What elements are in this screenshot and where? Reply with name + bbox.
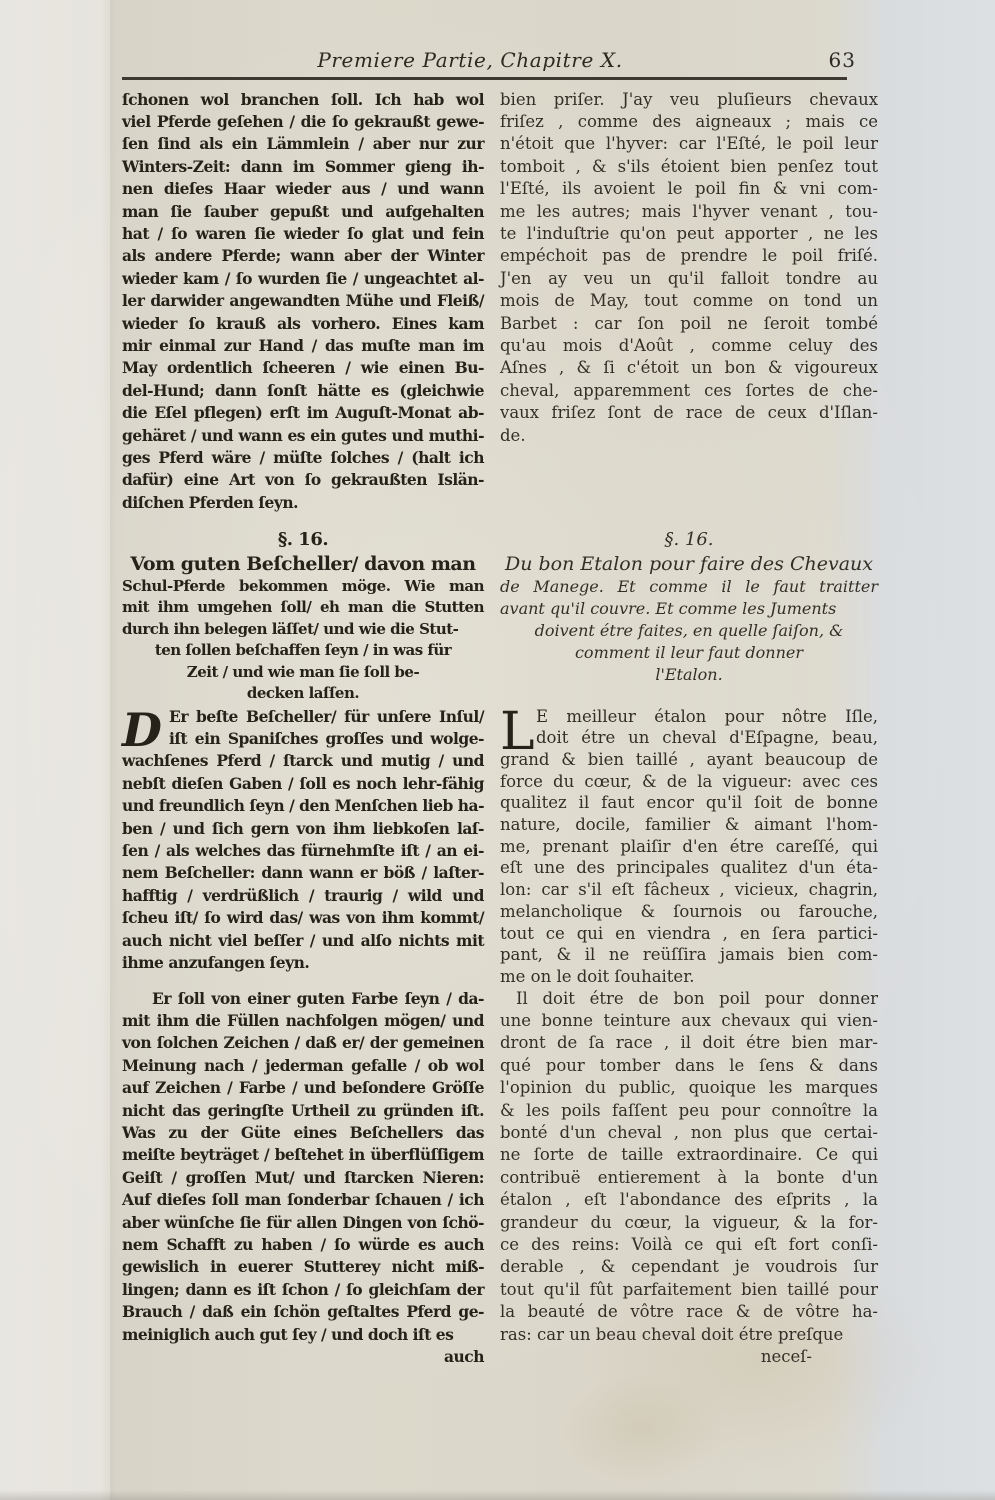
text-line: del-Hund; dann ſonſt hätte es (gleichwie xyxy=(122,380,484,402)
french-paragraph-3: Il doit étre de bon poil pour donnerune … xyxy=(500,988,878,1347)
text-line: friſez , comme des aigneaux ; mais ce xyxy=(500,111,878,133)
text-line: ras: car un beau cheval doit étre preſqu… xyxy=(500,1324,878,1346)
text-line: viel Pferde geſehen / die ſo gekraußt ge… xyxy=(122,111,484,133)
header-rule xyxy=(122,77,847,80)
book-page-photo: Premiere Partie, Chapitre X. 63 ſchonen … xyxy=(0,0,995,1500)
text-line: ce des reins: Voilà ce qui eſt fort conſ… xyxy=(500,1234,878,1256)
text-line: nen dieſes Haar wieder aus / und wann xyxy=(122,178,484,200)
german-section-16: §. 16. Vom guten Beſcheller/ davon man S… xyxy=(122,529,484,706)
text-line: ten ſollen beſchaffen ſeyn / in was für xyxy=(122,640,484,662)
text-line: nebſt dieſen Gaben / ſoll es noch lehr-f… xyxy=(122,773,484,795)
header-title: Premiere Partie, Chapitre X. xyxy=(122,48,878,72)
text-line: hat / ſo waren ſie wieder ſo glat und fe… xyxy=(122,223,484,245)
text-line: nicht das geringſte Urtheil zu gründen i… xyxy=(122,1100,484,1122)
text-line: durch ihn belegen läſſet/ und wie die St… xyxy=(122,619,484,641)
text-line: Zeit / und wie man ſie ſoll be- xyxy=(122,662,484,684)
text-line: Schul-Pferde bekommen möge. Wie man xyxy=(122,576,484,598)
text-line: grand & bien taillé , ayant beaucoup de xyxy=(500,749,878,771)
text-line: Geiſt / groſſen Mut/ und ſtarcken Nieren… xyxy=(122,1167,484,1189)
text-line: qu'au mois d'Août , comme celuy des xyxy=(500,335,878,357)
french-paragraph-1: bien priſer. J'ay veu pluſieurs chevauxf… xyxy=(500,89,878,529)
text-line: aber wünſche ſie für allen Dingen von ſc… xyxy=(122,1212,484,1234)
text-line: Il doit étre de bon poil pour donner xyxy=(500,988,878,1010)
text-line: de. xyxy=(500,425,878,447)
text-line: Auf dieſes ſoll man ſonderbar ſchauen / … xyxy=(122,1189,484,1211)
drop-cap-d: D xyxy=(122,708,161,752)
german-paragraph-2: D Er beſte Beſcheller/ für unſere Inſul/… xyxy=(122,706,484,988)
french-catchword: neceſ- xyxy=(500,1347,878,1366)
text-line: auch nicht viel beſſer / und alſo nichts… xyxy=(122,930,484,952)
text-line: empéchoit pas de prendre le poil friſé. xyxy=(500,245,878,267)
text-line: mir einmal zur Hand / das muſte man im xyxy=(122,335,484,357)
text-line: qué pour tomber dans le ſens & dans xyxy=(500,1055,878,1077)
text-line: wieder kam / ſo wurden ſie / ungeachtet … xyxy=(122,268,484,290)
text-line: Meinung nach / jederman gefalle / ob wol xyxy=(122,1055,484,1077)
german-paragraph-2-lines: Er beſte Beſcheller/ für unſere Inſul/iſ… xyxy=(122,706,484,975)
text-line: nem Schafft zu haben / ſo würde es auch xyxy=(122,1234,484,1256)
text-line: me, prenant plaiſir d'en étre careſſé, q… xyxy=(500,836,878,858)
german-catchword: auch xyxy=(122,1347,484,1366)
text-line: doit étre un cheval d'Eſpagne, beau, xyxy=(500,727,878,749)
text-line: Winters-Zeit: dann im Sommer gieng ih- xyxy=(122,156,484,178)
french-section-16: §. 16. Du bon Etalon pour faire des Chev… xyxy=(500,529,878,706)
text-line: ſen ſind als ein Lämmlein / aber nur zur xyxy=(122,133,484,155)
text-line: ſcheu iſt/ ſo wird das/ was von ihm komm… xyxy=(122,907,484,929)
text-line: force du cœur, & de la vigueur: avec ces xyxy=(500,771,878,793)
text-line: ben / und ſich gern von ihm liebkoſen la… xyxy=(122,818,484,840)
left-column-german: ſchonen wol branchen ſoll. Ich hab wolvi… xyxy=(122,89,484,1367)
text-line: ſchonen wol branchen ſoll. Ich hab wol xyxy=(122,89,484,111)
text-line: ihme anzufangen ſeyn. xyxy=(122,952,484,974)
text-line: ne ſorte de taille extraordinaire. Ce qu… xyxy=(500,1144,878,1166)
text-line: wieder ſo krauß als vorhero. Eines kam xyxy=(122,313,484,335)
german-section-subtitle-center: ten ſollen beſchaffen ſeyn / in was fürZ… xyxy=(122,640,484,705)
text-line: & les poils faſſent peu pour connoître l… xyxy=(500,1100,878,1122)
text-line: man ſie ſauber gepußt und aufgehalten xyxy=(122,201,484,223)
text-line: die Eſel pflegen) erſt im Auguſt-Monat a… xyxy=(122,402,484,424)
text-line: te l'induſtrie qu'on peut apporter , ne … xyxy=(500,223,878,245)
text-line: cheval, apparemment ces ſortes de che- xyxy=(500,380,878,402)
text-line: hafftig / verdrüßlich / traurig / wild u… xyxy=(122,885,484,907)
text-line: meiſte beyträget / beſtehet in überflüſſ… xyxy=(122,1144,484,1166)
french-paragraph-2: L E meilleur étalon pour nôtre Iſle,doit… xyxy=(500,706,878,988)
text-line: Er ſoll von einer guten Farbe ſeyn / da- xyxy=(122,988,484,1010)
text-line: auf Zeichen / Farbe / und beſondere Gröſ… xyxy=(122,1077,484,1099)
french-section-subtitle: de Manege. Et comme il le faut traittera… xyxy=(500,576,878,620)
text-line: étalon , eſt l'abondance des eſprits , l… xyxy=(500,1189,878,1211)
text-line: bonté d'un cheval , non plus que certai- xyxy=(500,1122,878,1144)
text-line: dront de ſa race , il doit étre bien mar… xyxy=(500,1032,878,1054)
text-line: May ordentlich ſcheeren / wie einen Bu- xyxy=(122,357,484,379)
text-line: contribuë entierement à la bonte d'un xyxy=(500,1167,878,1189)
text-line: ges Pferd wäre / müſte ſolches / (halt i… xyxy=(122,447,484,469)
text-line: E meilleur étalon pour nôtre Iſle, xyxy=(500,706,878,728)
page-text-block: Premiere Partie, Chapitre X. 63 ſchonen … xyxy=(122,48,878,1366)
text-line: ler darwider angewandten Mühe und Fleiß/ xyxy=(122,290,484,312)
text-line: gewislich in euerer Stutterey nicht miß- xyxy=(122,1256,484,1278)
text-line: tout ce qui en viendra , en ſera partici… xyxy=(500,923,878,945)
text-line: iſt ein Spaniſches groſſes und wolge- xyxy=(122,728,484,750)
text-line: une bonne teinture aux chevaux qui vien- xyxy=(500,1010,878,1032)
text-line: gehäret / und wann es ein gutes und muth… xyxy=(122,425,484,447)
text-line: J'en ay veu un qu'il falloit tondre au xyxy=(500,268,878,290)
text-line: dafür) eine Art von ſo gekraußten Islän- xyxy=(122,469,484,491)
german-section-title: Vom guten Beſcheller/ davon man xyxy=(122,553,484,576)
text-line: melancholique & ſournois ou farouche, xyxy=(500,901,878,923)
text-line: vaux friſez ſont de race de ceux d'Iſlan… xyxy=(500,402,878,424)
text-line: mit ihm umgehen ſoll/ eh man die Stutten xyxy=(122,597,484,619)
german-paragraph-1: ſchonen wol branchen ſoll. Ich hab wolvi… xyxy=(122,89,484,529)
text-line: diſchen Pferden ſeyn. xyxy=(122,492,484,514)
text-line: doivent étre faites, en quelle ſaiſon, & xyxy=(500,620,878,642)
right-column-french: bien priſer. J'ay veu pluſieurs chevauxf… xyxy=(500,89,878,1367)
text-line: mit ihm die Füllen nachfolgen mögen/ und xyxy=(122,1010,484,1032)
text-line: wachſenes Pferd / ſtarck und mutig / und xyxy=(122,750,484,772)
text-line: me on le doit ſouhaiter. xyxy=(500,966,878,988)
text-line: als andere Pferde; wann aber der Winter xyxy=(122,245,484,267)
text-line: nem Beſcheller: dann wann er böß / laſte… xyxy=(122,862,484,884)
text-line: Er beſte Beſcheller/ für unſere Inſul/ xyxy=(122,706,484,728)
german-section-subtitle: Schul-Pferde bekommen möge. Wie manmit i… xyxy=(122,576,484,641)
drop-cap-l: L xyxy=(500,708,535,756)
text-line: tomboit , & s'ils étoient bien penſez to… xyxy=(500,156,878,178)
text-line: decken laſſen. xyxy=(122,683,484,705)
text-line: avant qu'il couvre. Et comme les Juments xyxy=(500,598,878,620)
two-column-text: ſchonen wol branchen ſoll. Ich hab wolvi… xyxy=(122,89,878,1367)
text-line: tout qu'il fût parfaitement bien taillé … xyxy=(500,1279,878,1301)
text-line: und freundlich ſeyn / den Menſchen lieb … xyxy=(122,795,484,817)
text-line: lingen; dann es iſt ſchon / ſo gleichſam… xyxy=(122,1279,484,1301)
text-line: l'Etalon. xyxy=(500,664,878,686)
french-section-subtitle-center: doivent étre faites, en quelle ſaiſon, &… xyxy=(500,620,878,686)
page-bottom-edge-shadow xyxy=(0,1490,995,1500)
text-line: pant, & il ne reüſſira jamais bien com- xyxy=(500,944,878,966)
page-number: 63 xyxy=(829,48,856,72)
text-line: grandeur du cœur, la vigueur, & la for- xyxy=(500,1212,878,1234)
text-line: bien priſer. J'ay veu pluſieurs chevaux xyxy=(500,89,878,111)
german-section-heading: §. 16. xyxy=(122,529,484,553)
text-line: nature, docile, familier & aimant l'hom- xyxy=(500,814,878,836)
text-line: lon: car s'il eſt fâcheux , vicieux, cha… xyxy=(500,879,878,901)
text-line: comment il leur faut donner xyxy=(500,642,878,664)
french-paragraph-2-lines: E meilleur étalon pour nôtre Iſle,doit é… xyxy=(500,706,878,988)
french-section-heading: §. 16. xyxy=(500,529,878,553)
text-line: derable , & cependant je voudrois ſur xyxy=(500,1256,878,1278)
text-line: la beauté de vôtre race & de vôtre ha- xyxy=(500,1301,878,1323)
text-line: von ſolchen Zeichen / daß er/ der gemein… xyxy=(122,1032,484,1054)
text-line: Was zu der Güte eines Beſchellers das xyxy=(122,1122,484,1144)
text-line: eſt une des principales qualitez d'un ét… xyxy=(500,857,878,879)
text-line: meiniglich auch gut ſey / und doch iſt e… xyxy=(122,1324,484,1346)
text-line: me les autres; mais l'hyver venant , tou… xyxy=(500,201,878,223)
text-line: de Manege. Et comme il le faut traitter xyxy=(500,576,878,598)
text-line: Brauch / daß ein ſchön geſtaltes Pferd g… xyxy=(122,1301,484,1323)
text-line: l'Eſté, ils avoient le poil fin & vni co… xyxy=(500,178,878,200)
text-line: Barbet : car ſon poil ne ſeroit tombé xyxy=(500,313,878,335)
text-line: Aſnes , & ſi c'étoit un bon & vigoureux xyxy=(500,357,878,379)
running-header: Premiere Partie, Chapitre X. 63 xyxy=(122,48,878,74)
text-line: qualitez il faut encor qu'il ſoit de bon… xyxy=(500,792,878,814)
text-line: ſen / als welches das fürnehmſte iſt / a… xyxy=(122,840,484,862)
french-section-title: Du bon Etalon pour faire des Chevaux xyxy=(500,553,878,576)
text-line: mois de May, tout comme on tond un xyxy=(500,290,878,312)
text-line: l'opinion du public, quoique les marques xyxy=(500,1077,878,1099)
text-line: n'étoit que l'hyver: car l'Eſté, le poil… xyxy=(500,133,878,155)
german-paragraph-3: Er ſoll von einer guten Farbe ſeyn / da-… xyxy=(122,988,484,1347)
